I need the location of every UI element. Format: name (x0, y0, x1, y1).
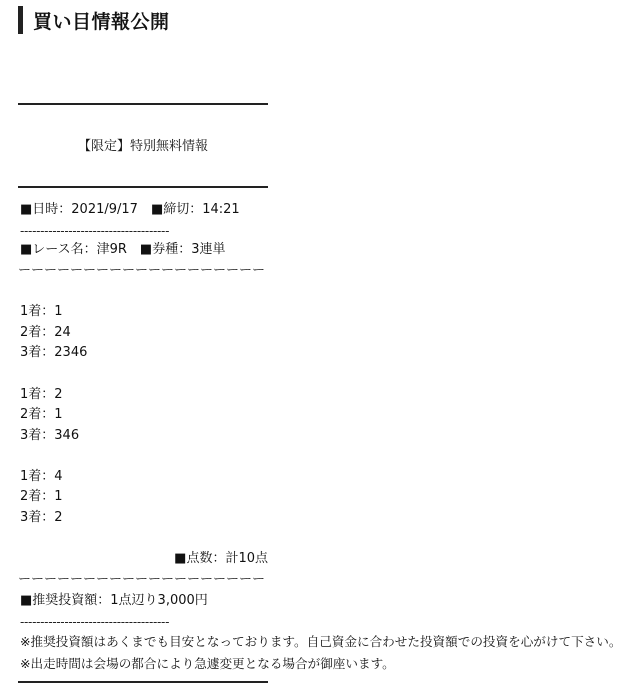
pick-3-third: 3着：2 (20, 510, 63, 526)
total-points: ■点数：計10点 (18, 551, 268, 567)
pick-2-first: 1着：2 (20, 387, 63, 403)
page-title: 買い目情報公開 (33, 7, 170, 34)
pick-2-third: 3着：346 (20, 428, 79, 444)
pick-3-second: 2着：1 (20, 489, 63, 505)
pick-2-second: 2着：1 (20, 407, 63, 423)
section-header: 買い目情報公開 (18, 6, 170, 34)
dashed-separator: ------------------------------------- (20, 615, 169, 629)
pick-1-third: 3着：2346 (20, 345, 87, 361)
long-dash-separator: ーーーーーーーーーーーーーーーーーーー (18, 572, 265, 588)
divider (18, 103, 268, 105)
pick-3-first: 1着：4 (20, 469, 63, 485)
long-dash-separator: ーーーーーーーーーーーーーーーーーーー (18, 263, 265, 279)
recommended-investment: ■推奨投資額：1点辺り3,000円 (20, 593, 208, 609)
pick-1-first: 1着：1 (20, 304, 63, 320)
pick-1-second: 2着：24 (20, 325, 71, 341)
subtitle: 【限定】特別無料情報 (18, 139, 268, 155)
dashed-separator: ------------------------------------- (20, 224, 169, 238)
date-deadline-line: ■日時：2021/9/17 ■締切：14:21 (20, 202, 240, 218)
divider (18, 186, 268, 188)
note-start-time: ※出走時間は会場の都合により急遽変更となる場合が御座います。 (20, 656, 395, 672)
race-type-line: ■レース名：津9R ■券種：3連単 (20, 242, 226, 258)
header-accent-bar (18, 6, 23, 34)
divider (18, 681, 268, 683)
note-investment: ※推奨投資額はあくまでも目安となっております。自己資金に合わせた投資額での投資を… (20, 634, 621, 650)
